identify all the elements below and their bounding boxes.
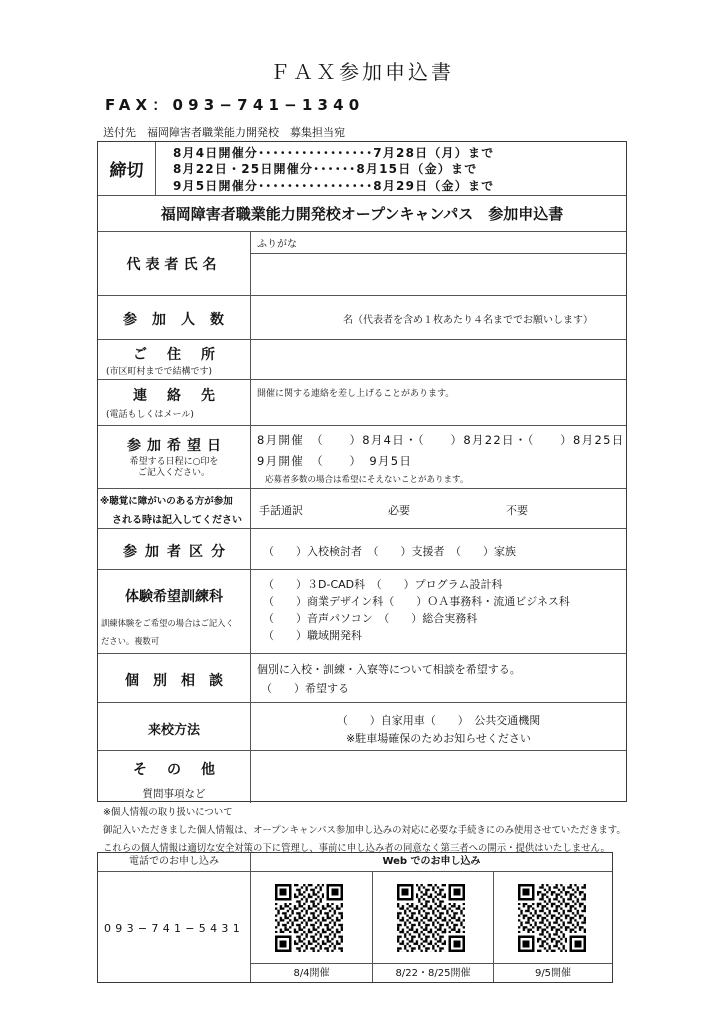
contact-row: 連絡先 (電話もしくはメール) 開催に関する連絡を差し上げることがあります。 <box>98 379 626 425</box>
qr-label: 9/5開催 <box>494 964 612 982</box>
other-row: その他 質問事項など <box>98 750 626 803</box>
count-row: 参加人数 名（代表者を含め１枚あたり４名まででお願いします） <box>98 295 626 339</box>
address-field[interactable] <box>251 340 626 379</box>
name-row: 代表者氏名 ふりがな <box>98 231 626 295</box>
deadline-line: 8月22日・25日開催分･･････8月15日（金）まで <box>173 160 477 177</box>
dates-note: 応募者多数の場合は希望にそえないことがあります。 <box>265 473 468 485</box>
furigana-label: ふりがな <box>257 235 297 250</box>
consult-text: 個別に入校・訓練・入寮等について相談を希望する。 <box>257 661 521 677</box>
qr-label: 8/22・8/25開催 <box>373 964 494 982</box>
apply-methods-table: 電話でのお申し込み Web でのお申し込み 093−741−5431 8/4開催… <box>97 852 613 983</box>
course-option[interactable]: （ ）商業デザイン科（ ）ＯＡ事務科・流通ビジネス科 <box>263 593 570 609</box>
transport-options[interactable]: （ ）自家用車（ ） 公共交通機関 <box>251 712 626 728</box>
other-sub: 質問事項など <box>98 786 250 801</box>
phone-apply-header: 電話でのお申し込み <box>98 853 251 872</box>
name-label: 代表者氏名 <box>98 254 250 274</box>
phone-number: 093−741−5431 <box>98 922 250 935</box>
consult-option[interactable]: （ ）希望する <box>261 680 349 696</box>
dates-label: 参加希望日 <box>98 435 250 455</box>
august-dates-option[interactable]: 8月開催 （ ）8月4日・（ ）8月22日・（ ）8月25日 <box>257 432 625 448</box>
sign-language-needed-option[interactable]: 必要 <box>388 502 410 518</box>
other-label: その他 <box>98 759 250 779</box>
qr-code-icon[interactable] <box>518 884 586 952</box>
sign-language-not-needed-option[interactable]: 不要 <box>506 502 528 518</box>
transport-note: ※駐車場確保のためお知らせください <box>251 730 626 746</box>
consult-row: 個別相談 個別に入校・訓練・入寮等について相談を希望する。 （ ）希望する <box>98 653 626 702</box>
category-row: 参加者区分 （ ）入校検討者 （ ）支援者 （ ）家族 <box>98 528 626 569</box>
hearing-label: ※聴覚に障がいのある方が参加 <box>100 493 233 507</box>
category-label: 参加者区分 <box>98 541 250 561</box>
transport-row: 来校方法 （ ）自家用車（ ） 公共交通機関 ※駐車場確保のためお知らせください <box>98 702 626 750</box>
course-row: 体験希望訓練科 訓練体験をご希望の場合はご記入く ださい。複数可 （ ）３D-C… <box>98 569 626 653</box>
dates-sub: ご記入ください。 <box>98 465 250 478</box>
form-title-row: 福岡障害者職業能力開発校オープンキャンパス 参加申込書 <box>98 195 626 231</box>
furigana-field[interactable]: ふりがな <box>251 232 626 254</box>
address-label: ご住所 <box>98 344 250 364</box>
dates-row: 参加希望日 希望する日程に○印を ご記入ください。 8月開催 （ ）8月4日・（… <box>98 425 626 488</box>
contact-field[interactable]: 開催に関する連絡を差し上げることがあります。 <box>251 380 626 425</box>
count-label: 参加人数 <box>98 309 250 329</box>
transport-label: 来校方法 <box>98 719 250 738</box>
deadline-line: 9月5日開催分････････････････8月29日（金）まで <box>173 177 494 194</box>
hearing-row: ※聴覚に障がいのある方が参加 される時は記入してください 手話通訳 必要 不要 <box>98 488 626 528</box>
contact-note: 開催に関する連絡を差し上げることがあります。 <box>257 386 454 399</box>
fax-number: FAX：093−741−1340 <box>105 94 364 115</box>
dates-field: 8月開催 （ ）8月4日・（ ）8月22日・（ ）8月25日 9月開催 （ ） … <box>251 426 626 488</box>
count-field[interactable]: 名（代表者を含め１枚あたり４名まででお願いします） <box>251 296 626 339</box>
document-title: ＦＡＸ参加申込書 <box>0 56 724 85</box>
deadline-row: 締切 8月4日開催分････････････････7月28日（月）まで 8月2… <box>98 142 626 195</box>
privacy-text: 御記入いただきました個人情報は、オープンキャンパス参加申し込みの対応に必要な手続… <box>103 822 626 836</box>
course-sub: ださい。複数可 <box>101 635 159 647</box>
sign-language-label: 手話通訳 <box>259 502 303 518</box>
contact-sub: (電話もしくはメール) <box>106 407 194 420</box>
web-apply-header: Web でのお申し込み <box>251 853 612 872</box>
hearing-label: される時は記入してください <box>112 511 242 526</box>
deadline-label: 締切 <box>98 142 156 195</box>
send-to: 送付先 福岡障害者職業能力開発校 募集担当宛 <box>103 124 345 140</box>
course-label: 体験希望訓練科 <box>98 586 250 606</box>
address-sub: (市区町村までで結構です) <box>106 364 212 377</box>
course-option[interactable]: （ ）３D-CAD科 （ ）プログラム設計科 <box>263 576 503 592</box>
deadline-line: 8月4日開催分････････････････7月28日（月）まで <box>173 144 494 161</box>
course-option[interactable]: （ ）音声パソコン （ ）総合実務科 <box>263 610 477 626</box>
qr-code-icon[interactable] <box>397 884 465 952</box>
privacy-heading: ※個人情報の取り扱いについて <box>103 804 233 818</box>
form-title: 福岡障害者職業能力開発校オープンキャンパス 参加申込書 <box>98 203 626 224</box>
category-options[interactable]: （ ）入校検討者 （ ）支援者 （ ）家族 <box>263 543 516 559</box>
count-note: 名（代表者を含め１枚あたり４名まででお願いします） <box>343 311 593 326</box>
other-field[interactable] <box>251 751 626 803</box>
qr-label: 8/4開催 <box>251 964 373 982</box>
consult-label: 個別相談 <box>98 670 250 690</box>
name-field[interactable] <box>251 253 626 295</box>
application-form-table: 締切 8月4日開催分････････････････7月28日（月）まで 8月2… <box>97 141 627 802</box>
qr-code-icon[interactable] <box>275 884 343 952</box>
contact-label: 連絡先 <box>98 385 250 405</box>
september-dates-option[interactable]: 9月開催 （ ） 9月5日 <box>257 453 412 469</box>
course-option[interactable]: （ ）職域開発科 <box>263 627 362 643</box>
course-sub: 訓練体験をご希望の場合はご記入く <box>101 617 234 629</box>
address-row: ご住所 (市区町村までで結構です) <box>98 339 626 379</box>
